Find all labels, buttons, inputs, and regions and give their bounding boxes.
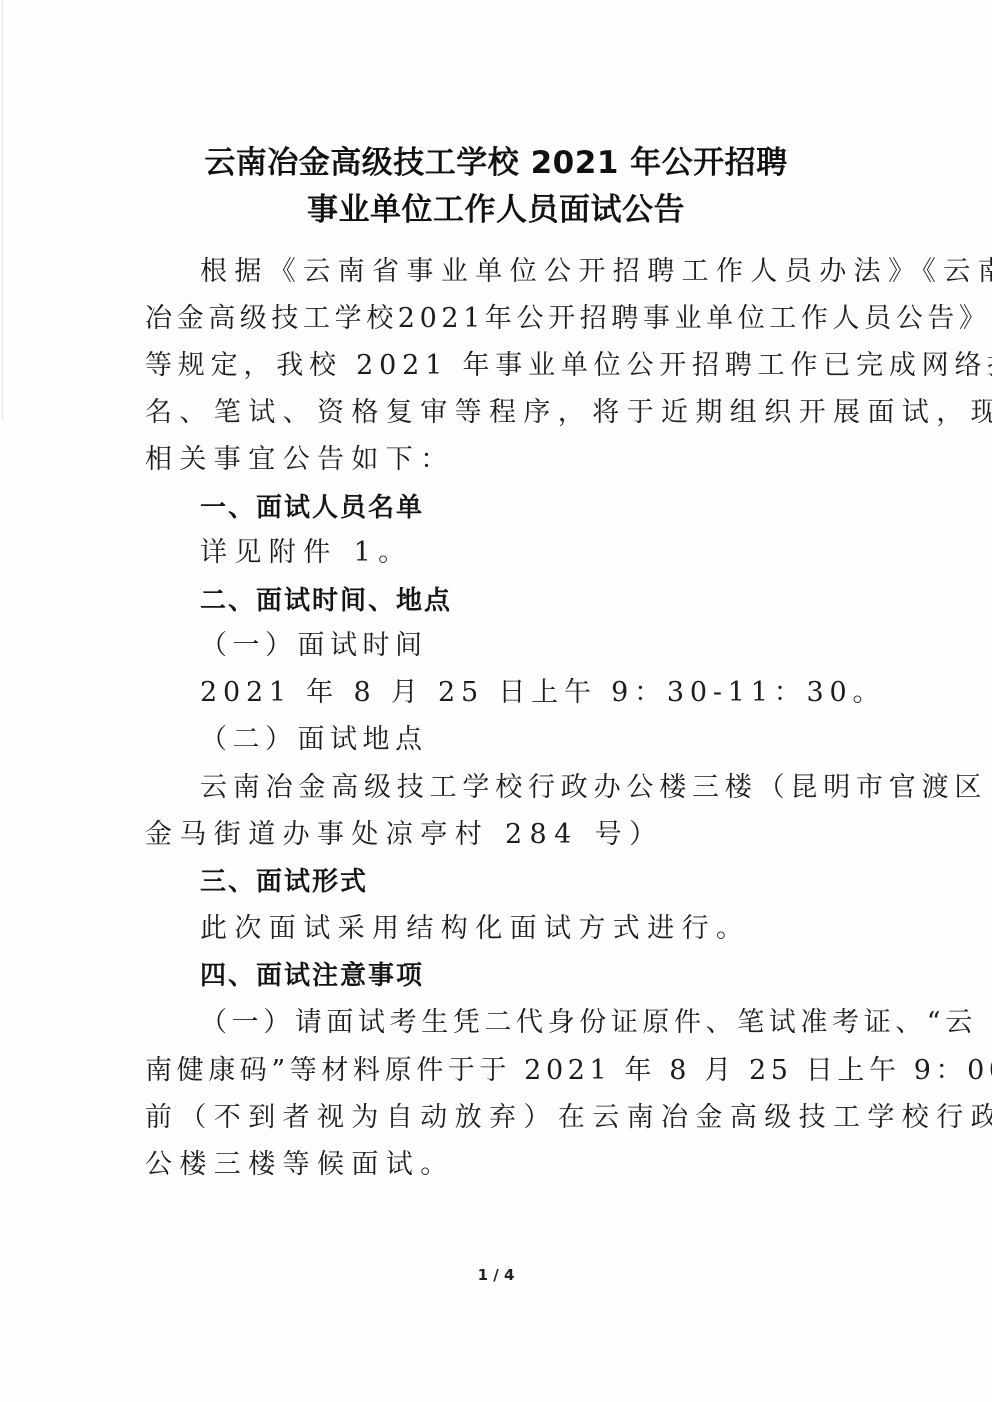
intro-line-3: 等规定，我校 2021 年事业单位公开招聘工作已完成网络报 bbox=[145, 348, 845, 384]
section-2-sub-2-heading: （二）面试地点 bbox=[200, 722, 900, 758]
intro-line-2: 冶金高级技工学校2021年公开招聘事业单位工作人员公告》 bbox=[145, 301, 845, 337]
document-title-line-1: 云南冶金高级技工学校 2021 年公开招聘 bbox=[0, 137, 992, 182]
section-2-sub-2-body-1: 云南冶金高级技工学校行政办公楼三楼（昆明市官渡区 bbox=[200, 770, 900, 806]
section-3-body: 此次面试采用结构化面试方式进行。 bbox=[200, 911, 900, 947]
document-page: 云南冶金高级技工学校 2021 年公开招聘 事业单位工作人员面试公告 根据《云南… bbox=[0, 0, 992, 1402]
section-2-sub-1-heading: （一）面试时间 bbox=[200, 628, 900, 664]
section-2-sub-2-body-2: 金马街道办事处凉亭村 284 号） bbox=[145, 817, 845, 853]
section-2-sub-1-body: 2021 年 8 月 25 日上午 9：30-11：30。 bbox=[200, 675, 900, 711]
intro-line-5: 相关事宜公告如下： bbox=[145, 442, 845, 478]
page-number: 1 / 4 bbox=[0, 1266, 992, 1284]
section-4-body-4: 公楼三楼等候面试。 bbox=[145, 1147, 845, 1183]
section-4-body-1: （一）请面试考生凭二代身份证原件、笔试准考证、“云 bbox=[200, 1005, 900, 1041]
intro-line-1: 根据《云南省事业单位公开招聘工作人员办法》《云南 bbox=[200, 254, 900, 290]
section-4-heading: 四、面试注意事项 bbox=[200, 958, 900, 994]
section-4-body-3: 前（不到者视为自动放弃）在云南冶金高级技工学校行政办 bbox=[145, 1100, 845, 1136]
section-1-body: 详见附件 1。 bbox=[200, 535, 900, 571]
section-3-heading: 三、面试形式 bbox=[200, 864, 900, 900]
section-2-heading: 二、面试时间、地点 bbox=[200, 583, 900, 619]
intro-line-4: 名、笔试、资格复审等程序，将于近期组织开展面试，现将 bbox=[145, 395, 845, 431]
document-title-line-2: 事业单位工作人员面试公告 bbox=[0, 184, 992, 229]
section-1-heading: 一、面试人员名单 bbox=[200, 490, 900, 526]
section-4-body-2: 南健康码”等材料原件于于 2021 年 8 月 25 日上午 9：00 bbox=[145, 1053, 845, 1089]
